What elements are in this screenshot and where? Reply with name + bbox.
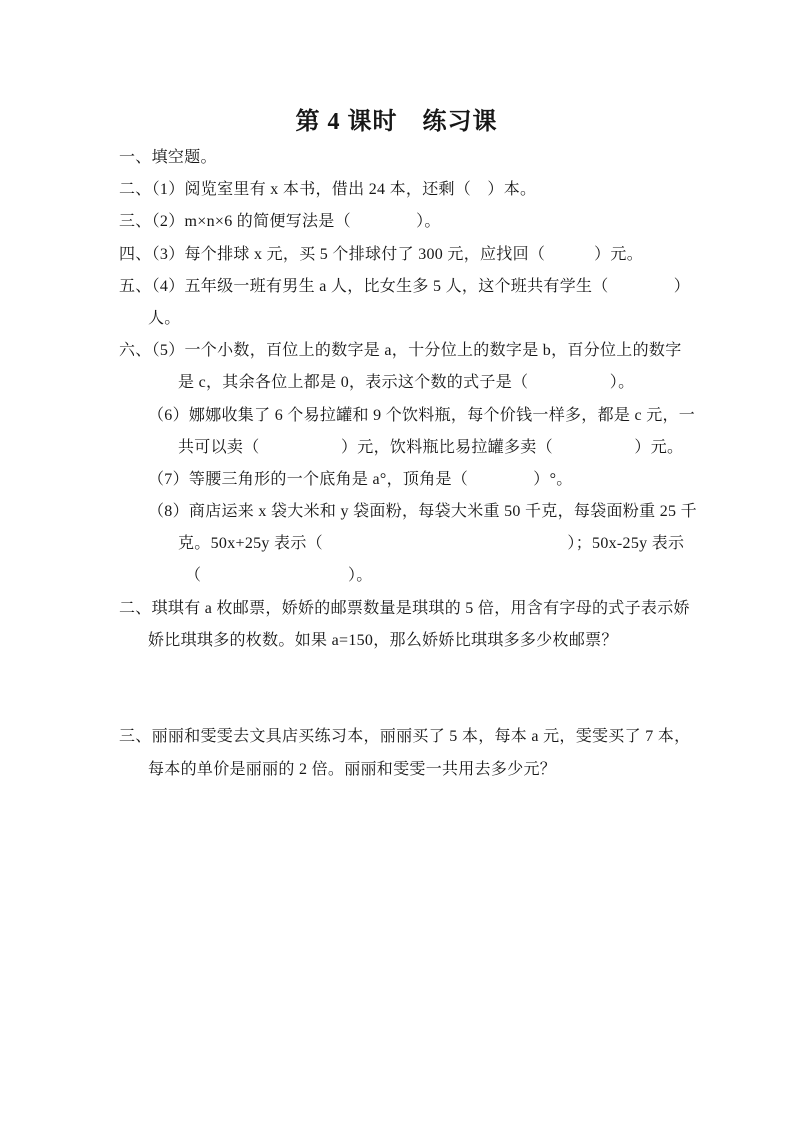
text-line: 一、填空题。 [119, 142, 679, 174]
worksheet-page: 第 4 课时 练习课 一、填空题。二、（1）阅览室里有 x 本书，借出 24 本… [0, 0, 793, 1122]
text-line: 四、（3）每个排球 x 元，买 5 个排球付了 300 元，应找回（ ）元。 [119, 239, 679, 271]
text-line: 是 c，其余各位上都是 0，表示这个数的式子是（ ）。 [119, 367, 679, 399]
text-line: 共可以卖（ ）元，饮料瓶比易拉罐多卖（ ）元。 [119, 432, 679, 464]
blank-line [119, 689, 679, 721]
text-line: 娇比琪琪多的枚数。如果 a=150，那么娇娇比琪琪多多少枚邮票？ [119, 625, 679, 657]
blank-line [119, 657, 679, 689]
text-line: （6）娜娜收集了 6 个易拉罐和 9 个饮料瓶，每个价钱一样多，都是 c 元，一 [119, 400, 679, 432]
text-line: 二、（1）阅览室里有 x 本书，借出 24 本，还剩（ ）本。 [119, 174, 679, 206]
text-line: 二、琪琪有 a 枚邮票，娇娇的邮票数量是琪琪的 5 倍，用含有字母的式子表示娇 [119, 593, 679, 625]
text-line: （8）商店运来 x 袋大米和 y 袋面粉，每袋大米重 50 千克，每袋面粉重 2… [119, 496, 679, 528]
text-line: 每本的单价是丽丽的 2 倍。丽丽和雯雯一共用去多少元？ [119, 754, 679, 786]
text-line: 三、（2）m×n×6 的简便写法是（ ）。 [119, 206, 679, 238]
text-line: 六、（5）一个小数，百位上的数字是 a，十分位上的数字是 b，百分位上的数字 [119, 335, 679, 367]
text-line: 五、（4）五年级一班有男生 a 人，比女生多 5 人，这个班共有学生（ ） [119, 271, 679, 303]
text-line: 三、丽丽和雯雯去文具店买练习本，丽丽买了 5 本，每本 a 元，雯雯买了 7 本… [119, 721, 679, 753]
worksheet-title: 第 4 课时 练习课 [0, 101, 793, 136]
text-line: 克。50x+25y 表示（ ）；50x-25y 表示 [119, 528, 679, 560]
text-line: 人。 [119, 303, 679, 335]
text-line: （ ）。 [119, 560, 679, 592]
text-line: （7）等腰三角形的一个底角是 a°，顶角是（ ）°。 [119, 464, 679, 496]
worksheet-body: 一、填空题。二、（1）阅览室里有 x 本书，借出 24 本，还剩（ ）本。三、（… [119, 142, 679, 786]
